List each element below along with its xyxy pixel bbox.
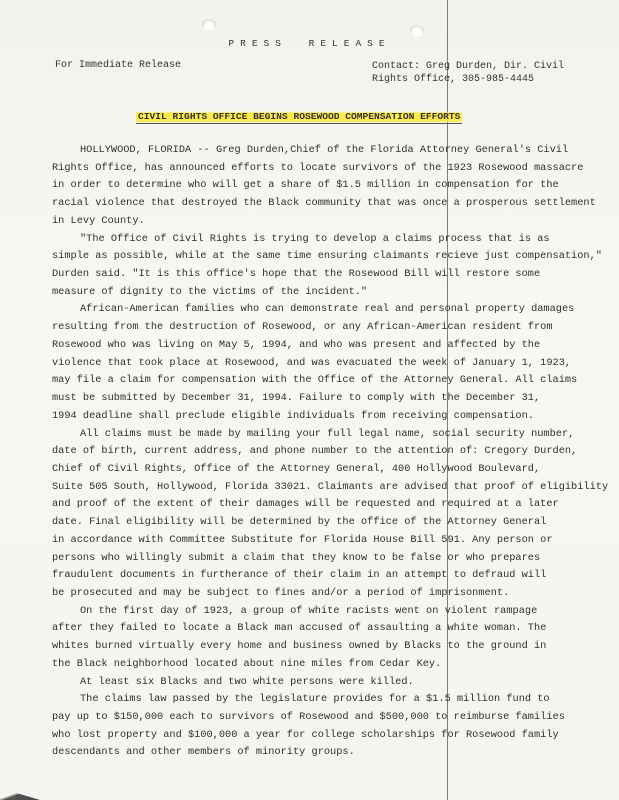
text-line: HOLLYWOOD, FLORIDA -- Greg Durden,Chief …	[52, 142, 602, 160]
release-type: For Immediate Release	[55, 60, 181, 71]
text-line: in accordance with Committee Substitute …	[52, 532, 602, 550]
text-line: The claims law passed by the legislature…	[52, 691, 602, 709]
punch-hole-right	[410, 25, 424, 36]
page-corner-shadow	[0, 788, 40, 800]
text-line: violence that took place at Rosewood, an…	[52, 355, 602, 373]
text-line: persons who willingly submit a claim tha…	[52, 550, 602, 568]
contact-info: Contact: Greg Durden, Dir. Civil Rights …	[372, 60, 564, 86]
text-line: in order to determine who will get a sha…	[52, 177, 602, 195]
text-line: Rights Office, has announced efforts to …	[52, 160, 602, 178]
text-line: On the first day of 1923, a group of whi…	[52, 603, 602, 621]
text-line: resulting from the destruction of Rosewo…	[52, 319, 602, 337]
contact-line-1: Contact: Greg Durden, Dir. Civil	[372, 61, 564, 72]
text-line: date of birth, current address, and phon…	[52, 443, 602, 461]
press-release-header: PRESS RELEASE	[0, 38, 619, 49]
text-line: African-American families who can demons…	[52, 301, 602, 319]
text-line: racial violence that destroyed the Black…	[52, 195, 602, 213]
document-page: PRESS RELEASE For Immediate Release Cont…	[0, 0, 619, 800]
text-line: All claims must be made by mailing your …	[52, 426, 602, 444]
text-line: Chief of Civil Rights, Office of the Att…	[52, 461, 602, 479]
text-line: At least six Blacks and two white person…	[52, 674, 602, 692]
text-line: may file a claim for compensation with t…	[52, 372, 602, 390]
text-line: Rosewood who was living on May 5, 1994, …	[52, 337, 602, 355]
headline: CIVIL RIGHTS OFFICE BEGINS ROSEWOOD COMP…	[136, 110, 462, 124]
text-line: simple as possible, while at the same ti…	[52, 248, 602, 266]
text-line: in Levy County.	[52, 213, 602, 231]
text-line: must be submitted by December 31, 1994. …	[52, 390, 602, 408]
contact-line-2: Rights Office, 305-985-4445	[372, 74, 534, 85]
text-line: descendants and other members of minorit…	[52, 744, 602, 762]
text-line: be prosecuted and may be subject to fine…	[52, 585, 602, 603]
text-line: date. Final eligibility will be determin…	[52, 514, 602, 532]
punch-hole-left	[202, 19, 216, 30]
text-line: Suite 505 South, Hollywood, Florida 3302…	[52, 479, 602, 497]
text-line: "The Office of Civil Rights is trying to…	[52, 231, 602, 249]
text-line: whites burned virtually every home and b…	[52, 638, 602, 656]
text-line: pay up to $150,000 each to survivors of …	[52, 709, 602, 727]
headline-container: CIVIL RIGHTS OFFICE BEGINS ROSEWOOD COMP…	[136, 106, 462, 124]
text-line: Durden said. "It is this office's hope t…	[52, 266, 602, 284]
text-line: measure of dignity to the victims of the…	[52, 284, 602, 302]
text-line: who lost property and $100,000 a year fo…	[52, 727, 602, 745]
text-line: after they failed to locate a Black man …	[52, 620, 602, 638]
text-line: fraudulent documents in furtherance of t…	[52, 567, 602, 585]
text-line: and proof of the extent of their damages…	[52, 496, 602, 514]
text-line: 1994 deadline shall preclude eligible in…	[52, 408, 602, 426]
text-line: the Black neighborhood located about nin…	[52, 656, 602, 674]
body-text: HOLLYWOOD, FLORIDA -- Greg Durden,Chief …	[52, 142, 602, 762]
